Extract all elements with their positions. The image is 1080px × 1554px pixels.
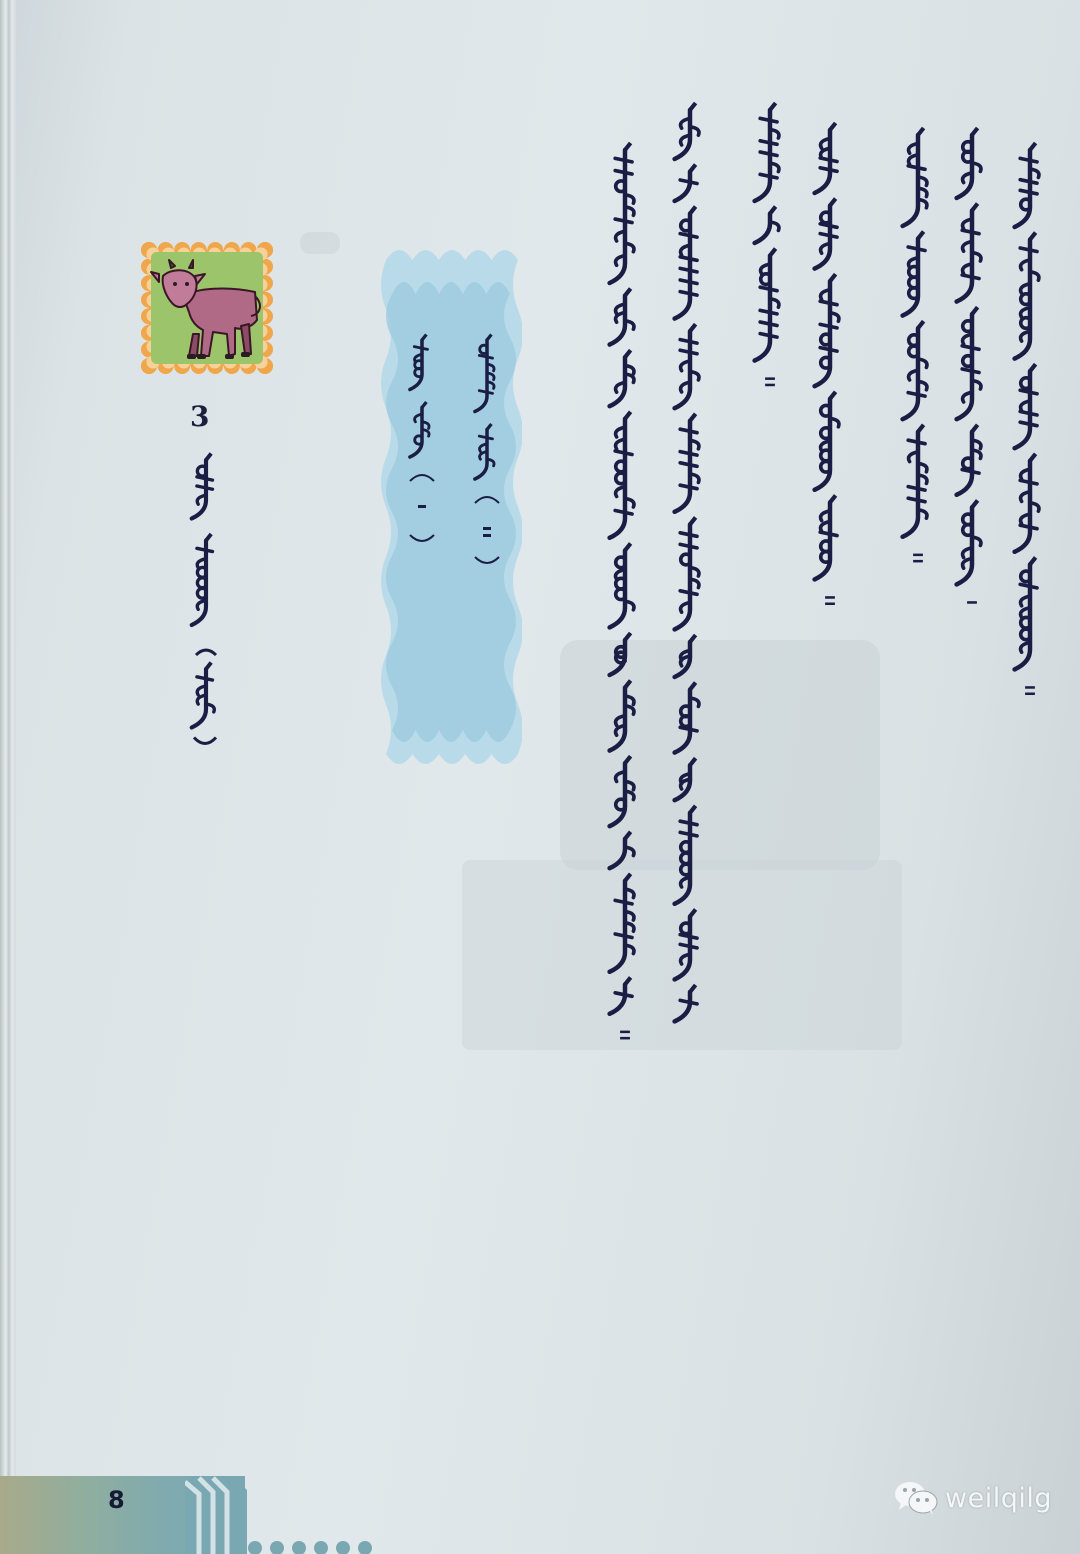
page-number: 8 [108,1486,125,1514]
mongolian-word: ᠨ [755,207,779,243]
mongolian-word: ᠪᠣᠷᠣᠭᠠ [903,321,927,419]
mongolian-word: ᠮᠣᠳᠣᠨ [815,495,837,579]
mongolian-word: ᠪ [675,165,697,201]
mongolian-word: ᠪᠣᠷᠠᠭᠤ [675,806,697,904]
mongolian-word: ᠪᠣ [675,758,696,800]
mongolian-word: ᠭᠡᠷᠡᠭᠡ [957,204,981,302]
mongolian-word: ᠬᠡ [675,635,696,677]
full-stop-mark [1025,686,1035,695]
mongolian-word: ᠨ [610,977,632,1013]
mongolian-word: ᠰᠢᠨᠡᠬᠡᠨ [1015,557,1037,669]
mongolian-word: ᠦᠬᠡᠷ [675,909,697,979]
mongolian-word: ᠦᠬᠡᠷ [675,683,699,753]
footer-dots [248,1541,372,1554]
mongolian-word: ᠭᠠᠳᠠᠯᠢ [755,103,779,201]
mongolian-word: ᠬᠡᠯᠡ [957,425,981,495]
mongolian-word: ᠬᠡᠯ [610,289,634,345]
mongolian-word: ᠮᠣᠳᠣᠨᠣᠭᠠ [610,412,634,538]
mongolian-word: ᠪᠠᠢᠢᠭᠠᠯᠢ [1015,233,1039,359]
full-stop-mark [825,596,835,605]
watermark: weilqilg [893,1480,1052,1516]
mongolian-word: ᠪᠣᠷᠠ [610,681,634,751]
footer-stripes [185,1472,247,1554]
mongolian-word: ᠠ [610,832,634,868]
mongolian-word: ᠭᠠᠳᠠᠯᠢ [675,414,699,512]
mongolian-word: ᠦᠬᠡᠷ [610,756,634,826]
mongolian-word: ᠳᠣᠭᠤᠳᠠ [815,392,839,490]
full-stop-mark [913,554,923,563]
mongolian-word: ᠮᠣᠷᠢᠳᠠ [903,128,927,226]
full-stop-mark [620,1031,630,1040]
mongolian-word: ᠮᠣᠳᠣ [957,128,981,198]
mongolian-word: ᠬᠣᠷᠣᠭᠠᠨ [957,307,981,419]
watermark-text: weilqilg [945,1483,1052,1514]
mongolian-word: ᠭᠠᠳᠠᠯᠢ [610,874,634,972]
mongolian-word: ᠪᠠᠢᠢᠯᠠᠭ [675,207,697,319]
mongolian-word: ᠬᠡᠷᠡᠭ [675,324,699,408]
mongolian-word: ᠭᠠᠳᠠᠨ [610,543,634,627]
mongolian-word: ᠮᠣᠳᠣᠨᠣᠭᠣᠷ [610,143,634,283]
mongolian-word: ᠪᠤᠯᠠᠭ [903,232,925,316]
full-stop-mark [765,377,775,386]
mongolian-word: ᠭᠠᠳᠠᠨ [1015,143,1039,227]
comma-mark [967,601,977,604]
mongolian-word: ᠠᠷᠭᠠᠯᠠᠭ [755,249,779,361]
mongolian-word: ᠡᠷᠬᠢ [815,199,837,269]
mongolian-word: ᠮᠣᠳᠣᠨ [957,500,981,584]
mongolian-word: ᠪᠠᠢᠢᠯ [1015,364,1037,448]
mongolian-word: ᠬᠤᠷᠢᠶᠠᠨ [815,274,839,386]
mongolian-word: ᠪᠣᠯ [610,350,634,406]
mongolian-word: ᠮᠠᠨ [675,103,699,159]
mongolian-word: ᠪᠣ [610,633,631,675]
mongolian-word: ᠪᠣᠯᠤ [815,123,837,193]
mongolian-word: ᠮᠣᠳᠣᠨᠣᠭ [675,517,699,629]
wechat-icon [893,1480,939,1516]
mongolian-word: ᠰᠢᠨᠡᠬᠡᠨ [903,425,927,537]
mongolian-word: ᠠ [675,985,697,1021]
mongolian-word: ᠭᠡᠷᠡᠭᠡ [1015,454,1039,552]
